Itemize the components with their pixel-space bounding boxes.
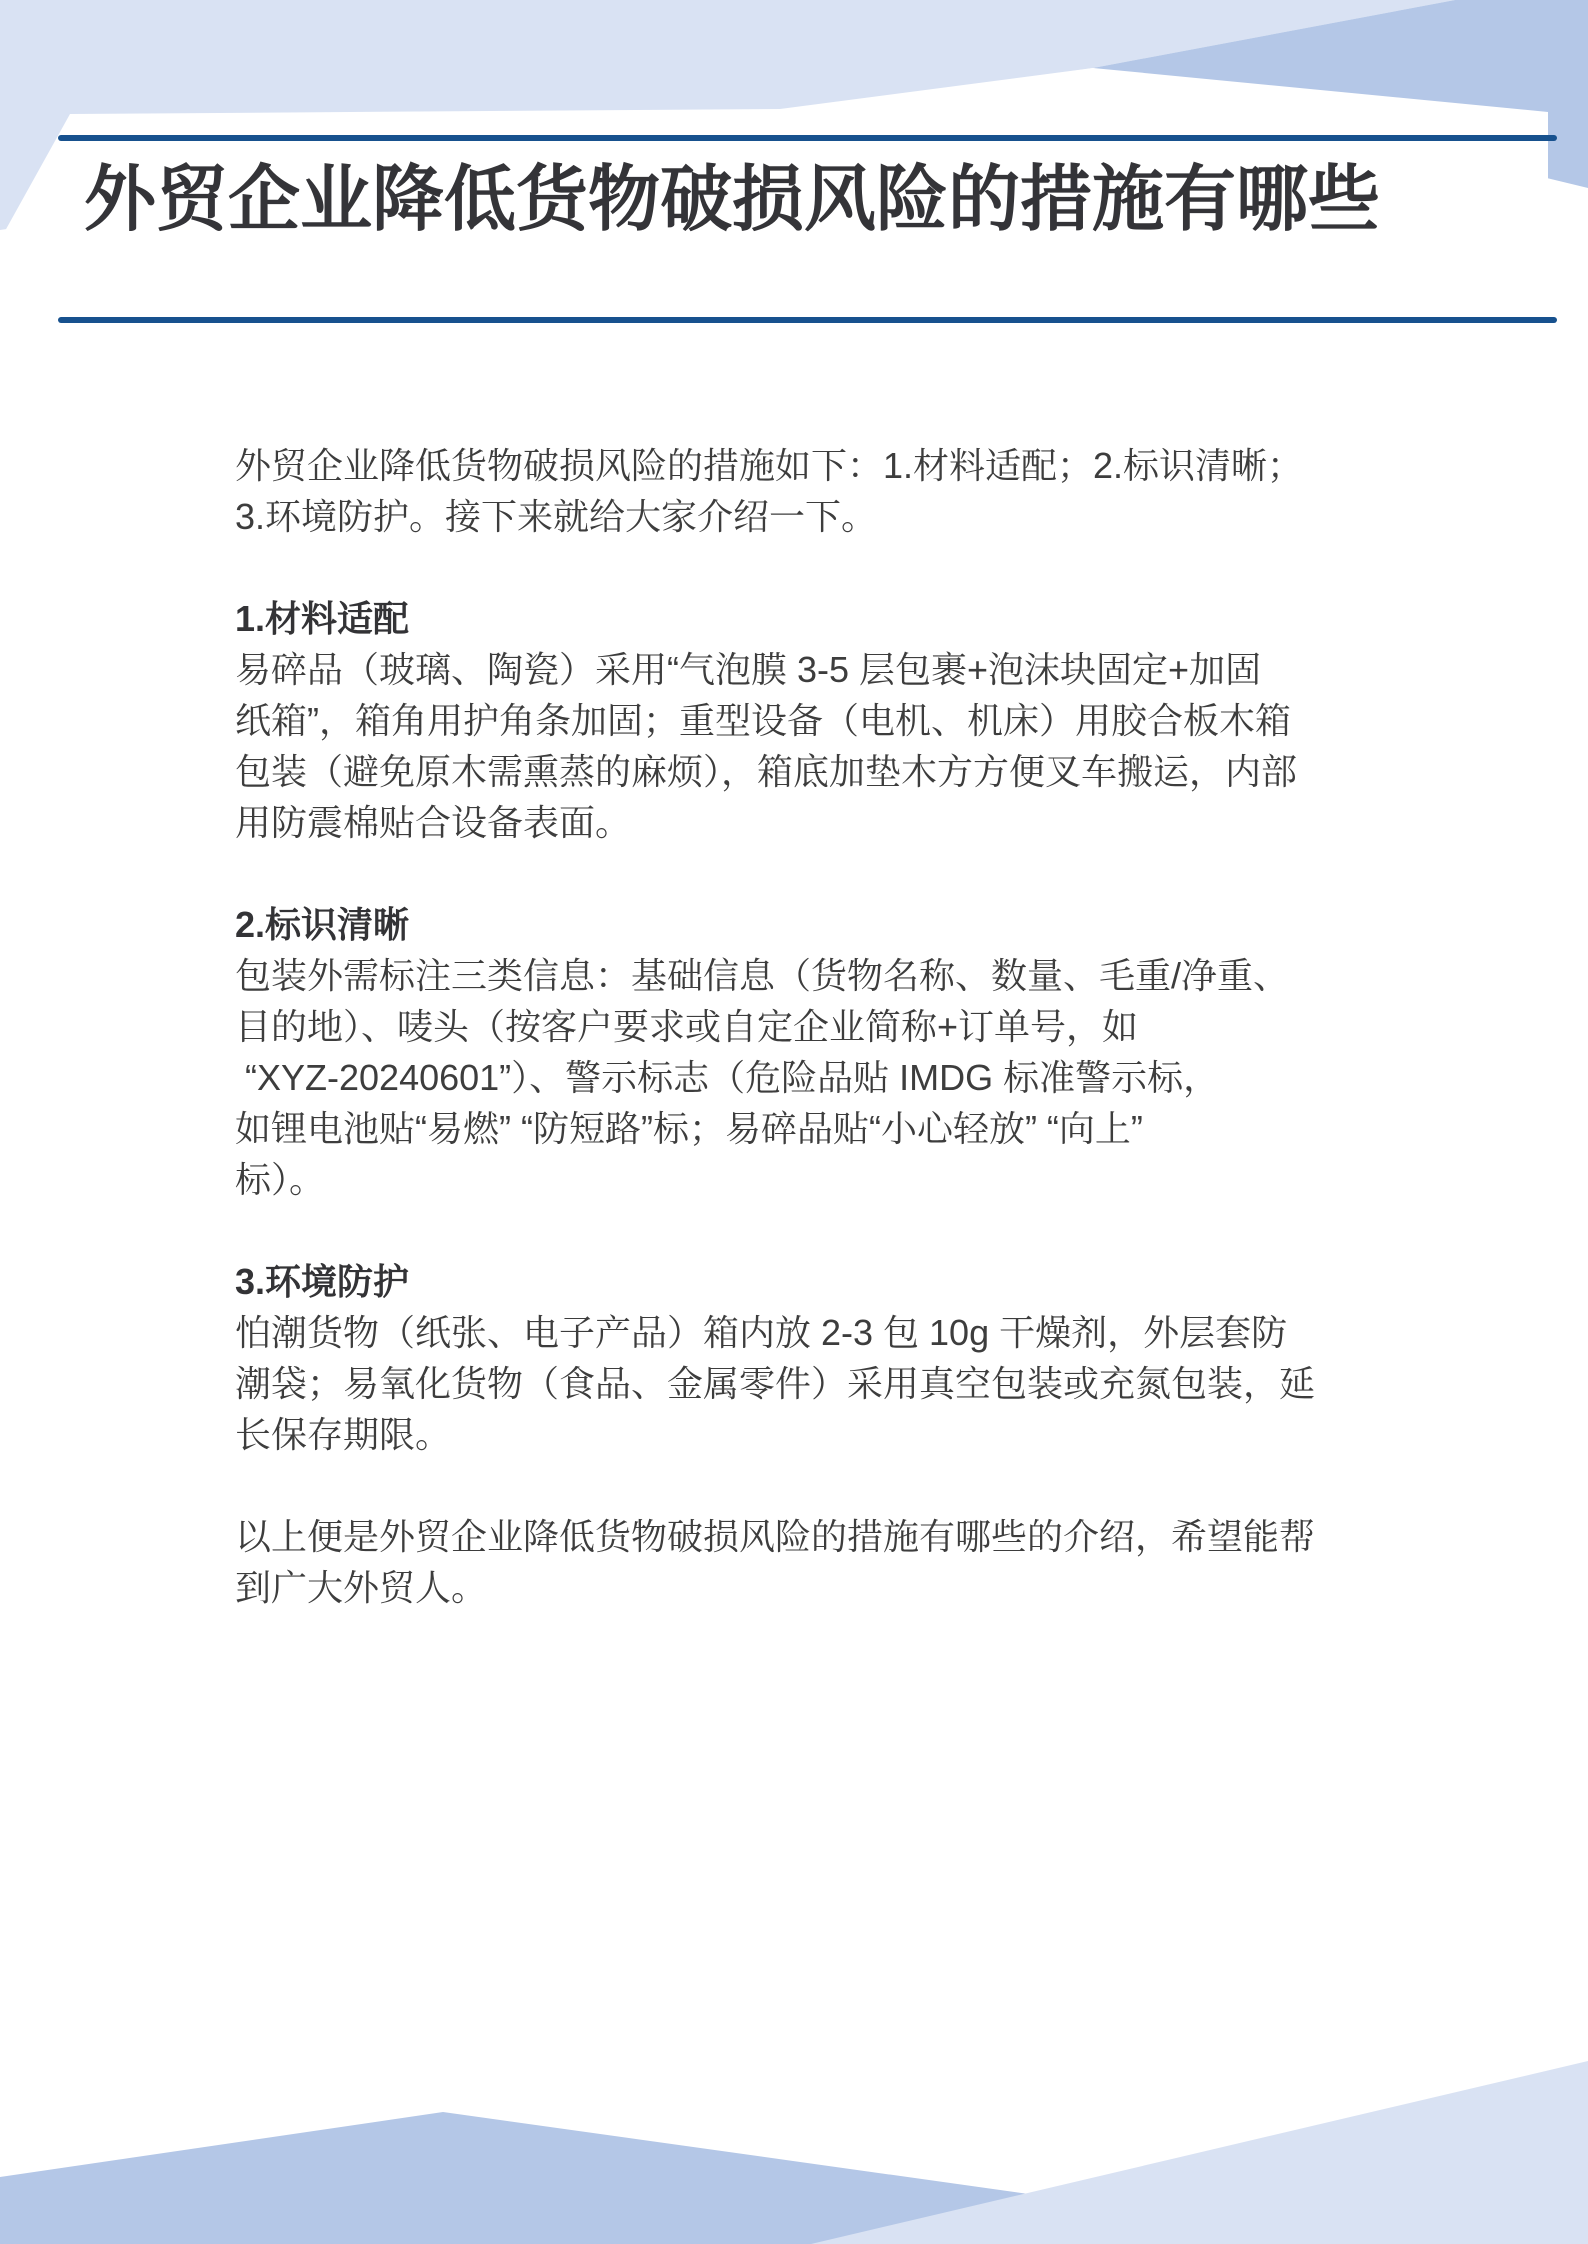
section-3-heading: 3.环境防护	[235, 1256, 1360, 1307]
bottom-right-corner-decoration	[811, 2061, 1588, 2244]
title-divider-bottom	[58, 317, 1557, 323]
section-2-body: 包装外需标注三类信息：基础信息（货物名称、数量、毛重/净重、 目的地）、唛头（按…	[235, 950, 1360, 1205]
section-2-heading: 2.标识清晰	[235, 899, 1360, 950]
article-body: 外贸企业降低货物破损风险的措施如下：1.材料适配；2.标识清晰； 3.环境防护。…	[235, 440, 1360, 1613]
page-title: 外贸企业降低货物破损风险的措施有哪些	[84, 160, 1380, 240]
document-page: 外贸企业降低货物破损风险的措施有哪些 外贸企业降低货物破损风险的措施如下：1.材…	[0, 0, 1588, 2244]
section-1-heading: 1.材料适配	[235, 593, 1360, 644]
title-divider-top	[58, 135, 1557, 141]
section-3-body: 怕潮货物（纸张、电子产品）箱内放 2-3 包 10g 干燥剂，外层套防 潮袋；易…	[235, 1307, 1360, 1460]
intro-paragraph: 外贸企业降低货物破损风险的措施如下：1.材料适配；2.标识清晰； 3.环境防护。…	[235, 440, 1360, 542]
outro-paragraph: 以上便是外贸企业降低货物破损风险的措施有哪些的介绍，希望能帮 到广大外贸人。	[235, 1511, 1360, 1613]
section-1-body: 易碎品（玻璃、陶瓷）采用“气泡膜 3-5 层包裹+泡沫块固定+加固 纸箱”，箱角…	[235, 644, 1360, 848]
